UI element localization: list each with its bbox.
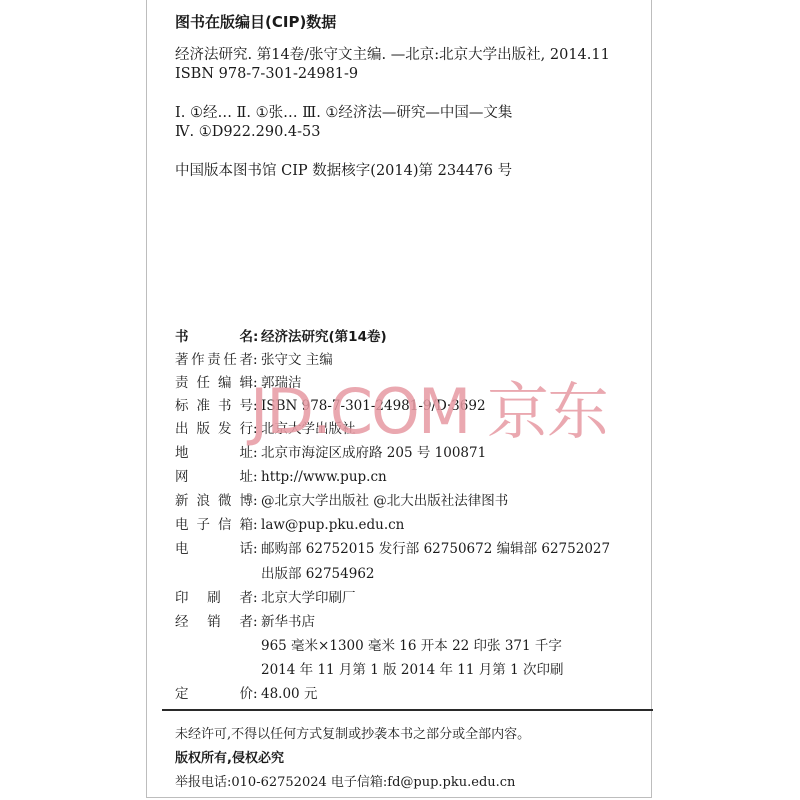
- cip-line-subjects: Ⅰ. ①经… Ⅱ. ①张… Ⅲ. ①经济法—研究—中国—文集: [175, 101, 512, 122]
- detail-value: 经济法研究(第14卷): [261, 327, 387, 347]
- detail-value: 北京大学出版社: [261, 419, 356, 439]
- detail-row-author: 著作责任者:张守文 主编: [175, 350, 333, 370]
- email-link[interactable]: law@pup.pku.edu.cn: [261, 515, 404, 535]
- rights-reserved: 版权所有,侵权必究: [175, 747, 284, 766]
- website-link[interactable]: http://www.pup.cn: [261, 467, 387, 487]
- detail-row-price: 定价:48.00 元: [175, 684, 317, 704]
- detail-label: 责任编辑: [175, 373, 253, 393]
- detail-row-phone-cont: 出版部 62754962: [175, 564, 375, 584]
- detail-label: 出版发行: [175, 419, 253, 439]
- detail-value: @北京大学出版社 @北大出版社法律图书: [261, 491, 508, 511]
- detail-row-format: 965 毫米×1300 毫米 16 开本 22 印张 371 千字: [175, 636, 562, 656]
- cip-line-classification: Ⅳ. ①D922.290.4-53: [175, 124, 320, 140]
- detail-value: 北京市海淀区成府路 205 号 100871: [261, 443, 486, 463]
- copyright-notice: 未经许可,不得以任何方式复制或抄袭本书之部分或全部内容。: [175, 723, 530, 742]
- detail-value: 新华书店: [261, 612, 315, 632]
- detail-value: 郭瑞洁: [261, 373, 302, 393]
- detail-row-distributor: 经销者:新华书店: [175, 612, 315, 632]
- report-contact: 举报电话:010-62752024 电子信箱:fd@pup.pku.edu.cn: [175, 771, 515, 790]
- detail-row-weibo: 新浪微博:@北京大学出版社 @北大出版社法律图书: [175, 491, 508, 511]
- detail-row-printer: 印刷者:北京大学印刷厂: [175, 588, 356, 608]
- detail-label: 网址: [175, 467, 253, 487]
- detail-label: 印刷者: [175, 588, 253, 608]
- detail-value: 邮购部 62752015 发行部 62750672 编辑部 62752027: [261, 539, 610, 559]
- detail-row-publisher: 出版发行:北京大学出版社: [175, 419, 356, 439]
- detail-label: 电子信箱: [175, 515, 253, 535]
- detail-row-isbn: 标准书号:ISBN 978-7-301-24981-9/D·3692: [175, 396, 486, 416]
- detail-value: 48.00 元: [261, 684, 317, 704]
- detail-label: 电话: [175, 539, 253, 559]
- detail-label: 新浪微博: [175, 491, 253, 511]
- detail-label: 地址: [175, 443, 253, 463]
- detail-row-book-name: 书名:经济法研究(第14卷): [175, 327, 387, 347]
- detail-label: 经销者: [175, 612, 253, 632]
- cip-line-title: 经济法研究. 第14卷/张守文主编. —北京:北京大学出版社, 2014.11: [175, 43, 610, 64]
- detail-label: 书名: [175, 327, 253, 347]
- detail-value: 北京大学印刷厂: [261, 588, 356, 608]
- detail-row-address: 地址:北京市海淀区成府路 205 号 100871: [175, 443, 486, 463]
- detail-value: ISBN 978-7-301-24981-9/D·3692: [261, 396, 486, 416]
- detail-label: 著作责任者: [175, 350, 253, 370]
- detail-value: 965 毫米×1300 毫米 16 开本 22 印张 371 千字: [261, 636, 562, 656]
- detail-value: 2014 年 11 月第 1 版 2014 年 11 月第 1 次印刷: [261, 660, 563, 680]
- detail-label: 标准书号: [175, 396, 253, 416]
- detail-row-editor: 责任编辑:郭瑞洁: [175, 373, 302, 393]
- cip-line-isbn: ISBN 978-7-301-24981-9: [175, 66, 358, 82]
- detail-row-website: 网址:http://www.pup.cn: [175, 467, 387, 487]
- separator-line: [162, 709, 653, 711]
- cip-line-record: 中国版本图书馆 CIP 数据核字(2014)第 234476 号: [175, 159, 512, 180]
- detail-value: 张守文 主编: [261, 350, 333, 370]
- detail-row-phone: 电话:邮购部 62752015 发行部 62750672 编辑部 6275202…: [175, 539, 610, 559]
- detail-row-email: 电子信箱:law@pup.pku.edu.cn: [175, 515, 404, 535]
- detail-value: 出版部 62754962: [261, 564, 375, 584]
- detail-label: 定价: [175, 684, 253, 704]
- cip-title: 图书在版编目(CIP)数据: [175, 11, 336, 32]
- detail-row-edition: 2014 年 11 月第 1 版 2014 年 11 月第 1 次印刷: [175, 660, 563, 680]
